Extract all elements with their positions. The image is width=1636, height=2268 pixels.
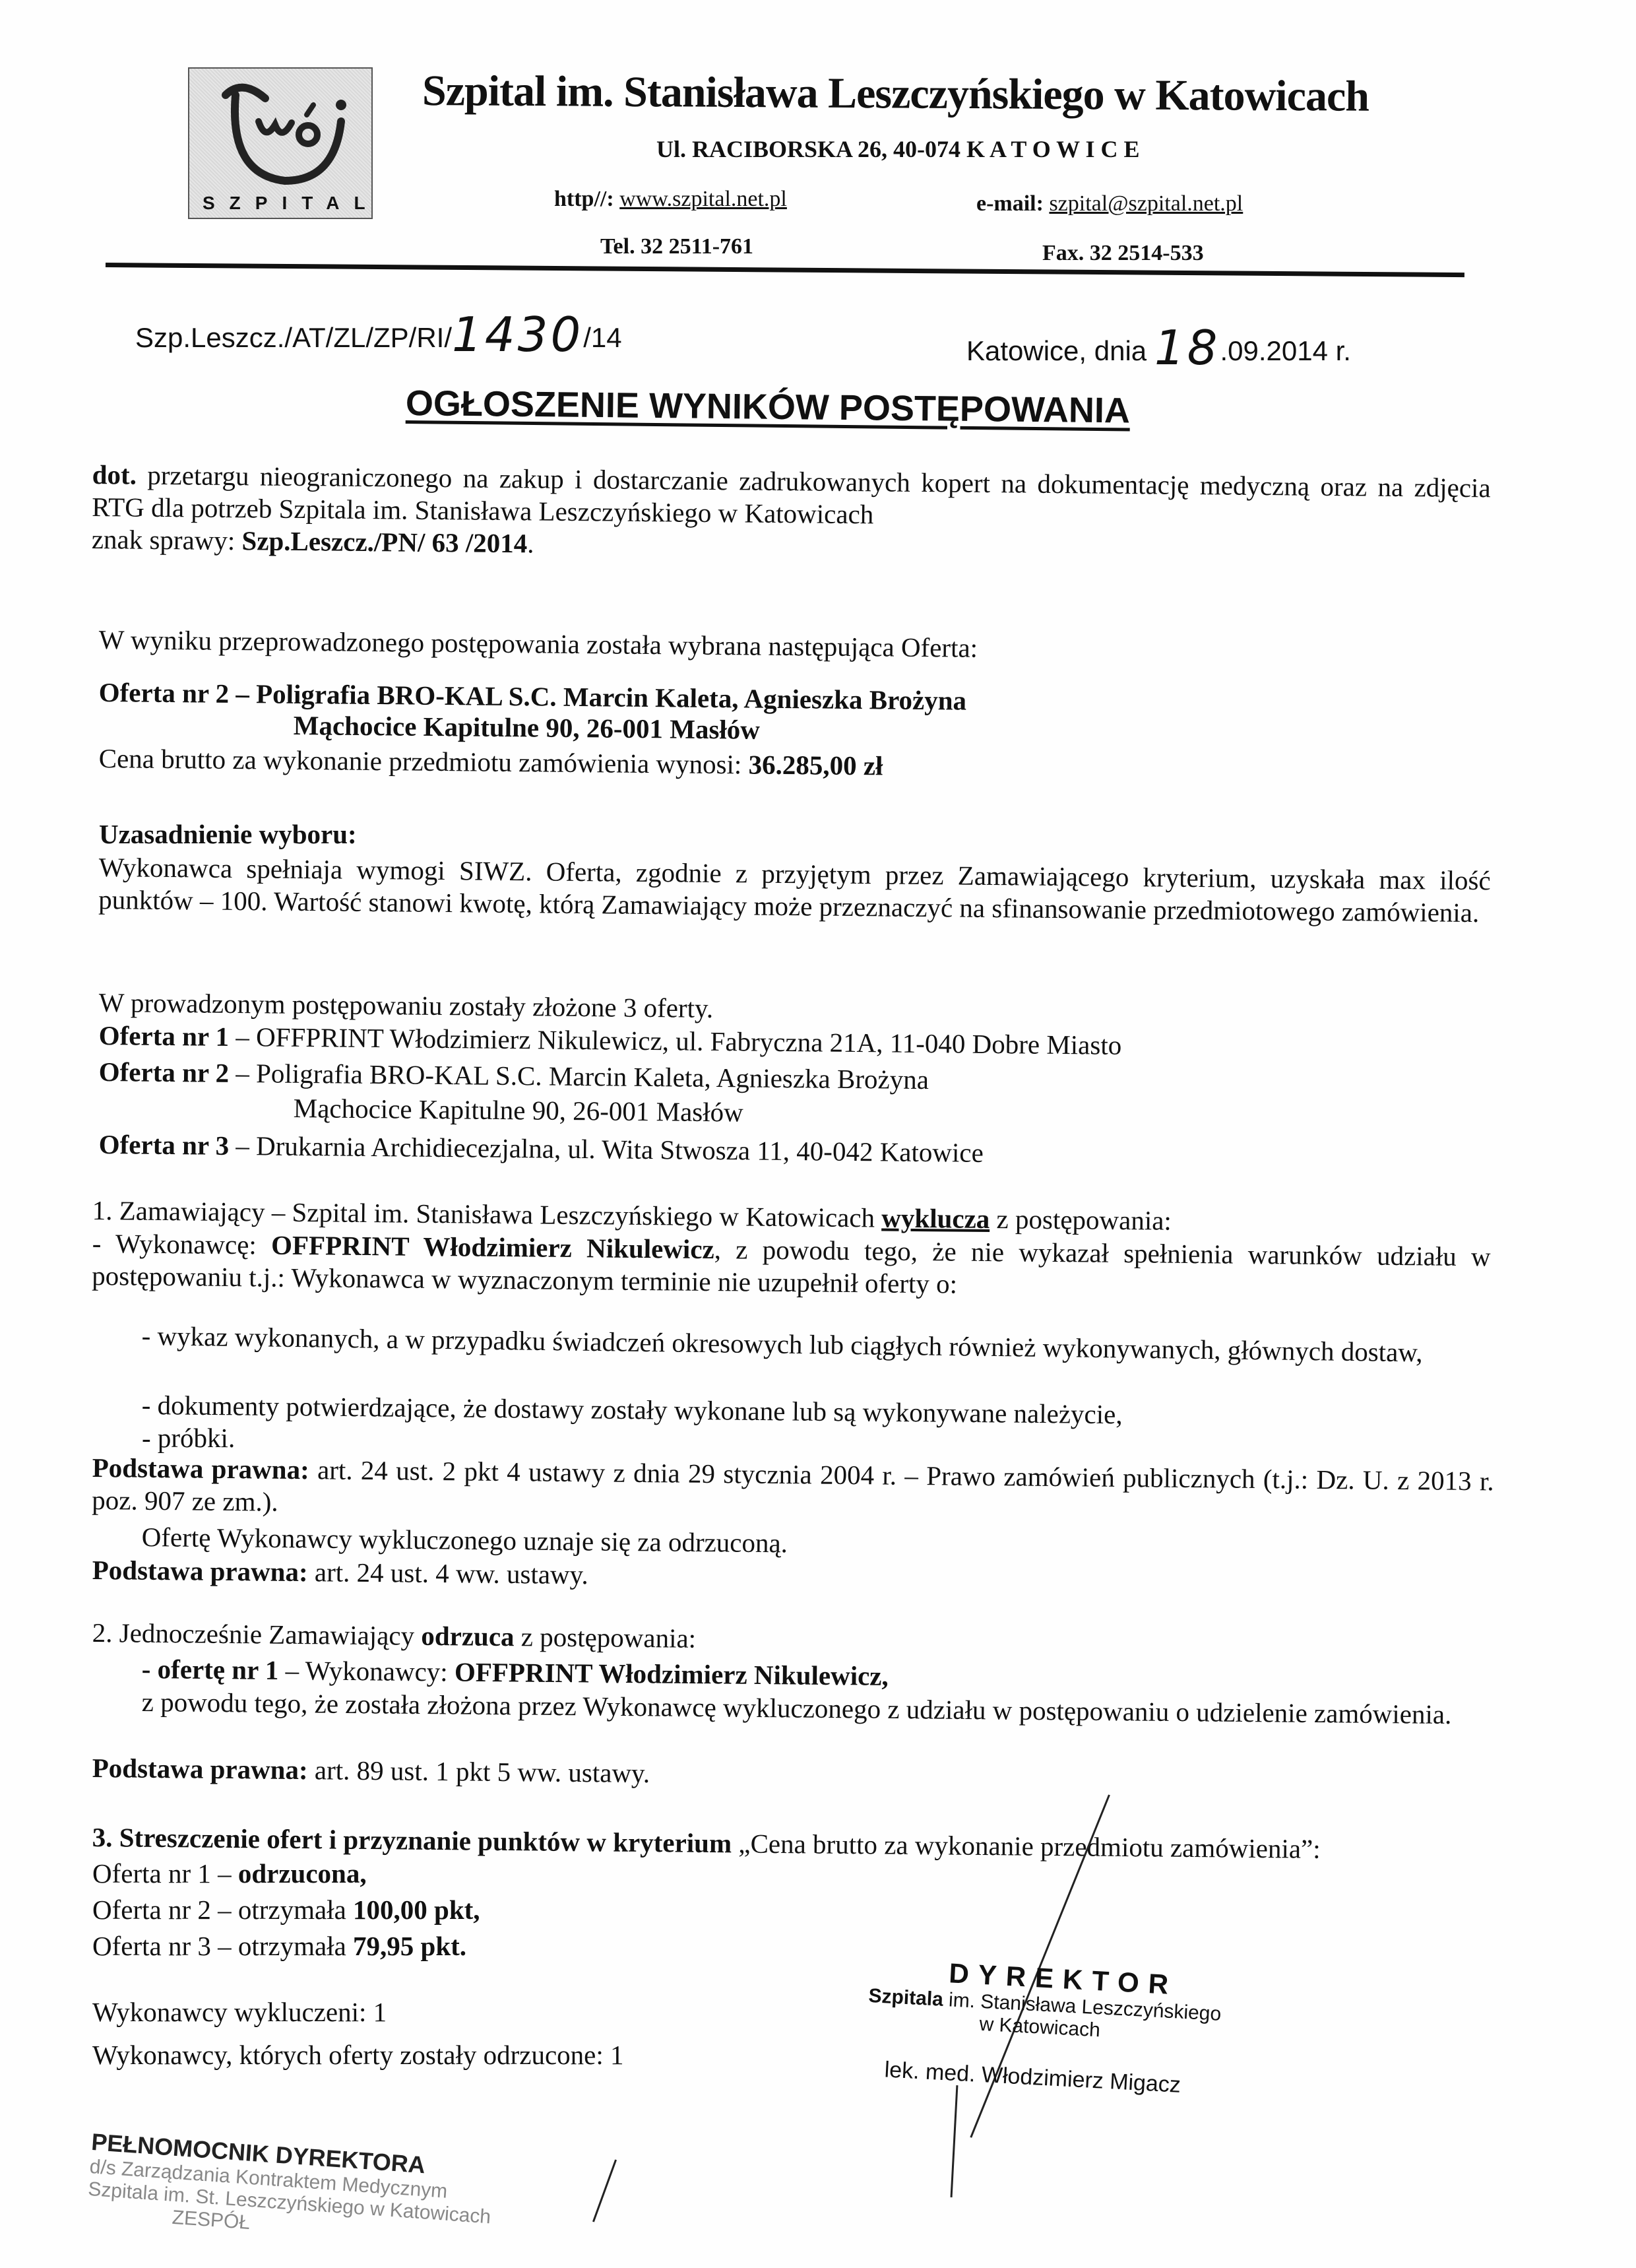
selection-intro: W wyniku przeprowadzonego postępowania z… (99, 624, 978, 664)
offer-label: Oferta nr 2 (99, 1056, 230, 1088)
justification-text: Wykonawca spełniaja wymogi SIWZ. Oferta,… (98, 851, 1491, 930)
section3-heading-bold: 3. Streszczenie ofert i przyznanie punkt… (92, 1822, 732, 1858)
result-label: Oferta nr 2 – otrzymała (92, 1895, 353, 1925)
section2-reject-word: odrzuca (421, 1621, 515, 1652)
subject-paragraph: dot. przetargu nieograniczonego na zakup… (92, 459, 1491, 569)
result-offer-1: Oferta nr 1 – odrzucona, (92, 1858, 367, 1890)
section1-contractor: - Wykonawcę: OFFPRINT Włodzimierz Nikule… (92, 1227, 1491, 1306)
logo-text: SZPITAL (189, 193, 371, 214)
hospital-phone: Tel. 32 2511-761 (600, 234, 753, 259)
subject-text: przetargu nieograniczonego na zakup i do… (92, 460, 1491, 530)
result-value: odrzucona, (238, 1858, 367, 1889)
result-label: Oferta nr 1 – (92, 1858, 238, 1889)
proxy-stamp: PEŁNOMOCNIK DYREKTORA d/s Zarządzania Ko… (86, 2128, 495, 2251)
offer-text: – OFFPRINT Włodzimierz Nikulewicz, ul. F… (229, 1021, 1122, 1060)
handwritten-day: 18 (1154, 320, 1220, 375)
section1-item-1: - wykaz wykonanych, a w przypadku świadc… (141, 1320, 1494, 1370)
selected-offer-line2: Mąchocice Kapitulne 90, 26-001 Masłów (294, 709, 761, 746)
legal-basis-label: Podstawa prawna: (92, 1452, 309, 1485)
document-date: Katowice, dnia 18.09.2014 r. (966, 320, 1351, 375)
section2-intro: 2. Jednocześnie Zamawiający odrzuca z po… (92, 1617, 697, 1655)
section2-intro-b: z postępowania: (514, 1621, 696, 1654)
reference-suffix: /14 (583, 322, 621, 353)
section2-reason: z powodu tego, że została złożona przez … (142, 1686, 1494, 1732)
offers-intro: W prowadzonym postępowaniu zostały złożo… (99, 987, 714, 1025)
section1-rejected-note: Ofertę Wykonawcy wykluczonego uznaje się… (142, 1521, 788, 1560)
offer-text: – Poligrafia BRO-KAL S.C. Marcin Kaleta,… (229, 1058, 929, 1095)
section2-offer-text: – Wykonawcy: (278, 1655, 455, 1687)
date-suffix: .09.2014 r. (1220, 335, 1351, 366)
section1-legal-basis-2: Podstawa prawna: art. 24 ust. 4 ww. usta… (92, 1554, 588, 1591)
selected-price: Cena brutto za wykonanie przedmiotu zamó… (99, 742, 883, 783)
summary-rejected: Wykonawcy, których oferty zostały odrzuc… (92, 2039, 624, 2071)
result-value: 79,95 pkt. (353, 1931, 466, 1961)
hospital-name: Szpital im. Stanisława Leszczyńskiego w … (422, 66, 1369, 122)
offer-label: Oferta nr 1 (99, 1020, 230, 1052)
page-title: OGŁOSZENIE WYNIKÓW POSTĘPOWANIA (406, 383, 1131, 431)
signature-tail (951, 2085, 959, 2197)
handwritten-number: 1430 (452, 307, 583, 362)
hospital-fax: Fax. 32 2514-533 (1042, 241, 1204, 266)
director-stamp: DYREKTOR Szpitala im. Stanisława Leszczy… (864, 1953, 1224, 2100)
website-label: http//: (554, 187, 619, 211)
letterhead-divider (106, 263, 1464, 277)
summary-excluded: Wykonawcy wykluczeni: 1 (92, 1996, 387, 2028)
justification-heading: Uzasadnienie wyboru: (99, 818, 357, 851)
section2-legal-basis: Podstawa prawna: art. 89 ust. 1 pkt 5 ww… (92, 1752, 650, 1790)
section1-item-3: - próbki. (142, 1422, 235, 1454)
legal-basis-text: art. 89 ust. 1 pkt 5 ww. ustawy. (307, 1755, 650, 1788)
document-page: SZPITAL Szpital im. Stanisława Leszczyńs… (0, 0, 1636, 2268)
website-link[interactable]: www.szpital.net.pl (619, 187, 787, 211)
price-label: Cena brutto za wykonanie przedmiotu zamó… (99, 743, 749, 779)
subject-lead: dot. (92, 459, 137, 490)
case-end: . (527, 529, 534, 559)
hospital-address: Ul. RACIBORSKA 26, 40-074 K A T O W I C … (656, 135, 1140, 163)
offer-text: – Drukarnia Archidiecezjalna, ul. Wita S… (229, 1130, 984, 1168)
director-stamp-hospital: Szpitala (868, 1985, 944, 2011)
section1-legal-basis: Podstawa prawna: art. 24 ust. 2 pkt 4 us… (92, 1452, 1494, 1530)
case-number: Szp.Leszcz./PN/ 63 /2014 (241, 526, 527, 559)
result-offer-3: Oferta nr 3 – otrzymała 79,95 pkt. (92, 1930, 466, 1962)
contractor-prefix: - Wykonawcę: (92, 1228, 272, 1260)
email-link[interactable]: szpital@szpital.net.pl (1049, 191, 1243, 216)
result-offer-2: Oferta nr 2 – otrzymała 100,00 pkt, (92, 1894, 480, 1926)
contractor-name: OFFPRINT Włodzimierz Nikulewicz (271, 1230, 714, 1264)
legal-basis-text: art. 24 ust. 4 ww. ustawy. (307, 1557, 588, 1590)
section2-offer-label: - ofertę nr 1 (142, 1654, 279, 1685)
section2-intro-a: 2. Jednocześnie Zamawiający (92, 1617, 422, 1651)
offer-label: Oferta nr 3 (99, 1129, 230, 1161)
hospital-email: e-mail: szpital@szpital.net.pl (976, 191, 1243, 216)
result-label: Oferta nr 3 – otrzymała (92, 1931, 353, 1961)
section1-item-2: - dokumenty potwierdzające, że dostawy z… (142, 1389, 1123, 1431)
initial-signature (592, 2160, 617, 2222)
legal-basis-label: Podstawa prawna: (92, 1753, 308, 1785)
email-label: e-mail: (976, 191, 1049, 216)
offer-item-1: Oferta nr 1 – OFFPRINT Włodzimierz Nikul… (99, 1020, 1122, 1062)
director-signatory: lek. med. Włodzimierz Migacz (884, 2057, 1218, 2100)
section1-intro-a: 1. Zamawiający – Szpital im. Stanisława … (92, 1195, 882, 1233)
result-value: 100,00 pkt, (353, 1895, 480, 1925)
offer-item-3: Oferta nr 3 – Drukarnia Archidiecezjalna… (99, 1128, 984, 1169)
price-value: 36.285,00 zł (748, 749, 883, 781)
date-prefix: Katowice, dnia (966, 335, 1154, 366)
reference-prefix: Szp.Leszcz./AT/ZL/ZP/RI/ (135, 322, 452, 353)
reference-number: Szp.Leszcz./AT/ZL/ZP/RI/1430/14 (135, 307, 622, 362)
offer-item-2-address: Mąchocice Kapitulne 90, 26-001 Masłów (294, 1092, 743, 1129)
case-label: znak sprawy: (92, 524, 242, 556)
twoj-szpital-logo-icon (203, 75, 361, 187)
offer-item-2: Oferta nr 2 – Poligrafia BRO-KAL S.C. Ma… (99, 1056, 929, 1096)
section1-intro-b: z postępowania: (990, 1204, 1172, 1236)
hospital-logo: SZPITAL (188, 67, 373, 219)
section1-exclude-word: wyklucza (881, 1202, 990, 1234)
legal-basis-label: Podstawa prawna: (92, 1555, 308, 1587)
section2-offer-name: OFFPRINT Włodzimierz Nikulewicz, (455, 1657, 889, 1691)
hospital-website: http//: www.szpital.net.pl (554, 187, 787, 212)
section3-heading-text: „Cena brutto za wykonanie przedmiotu zam… (732, 1828, 1321, 1864)
